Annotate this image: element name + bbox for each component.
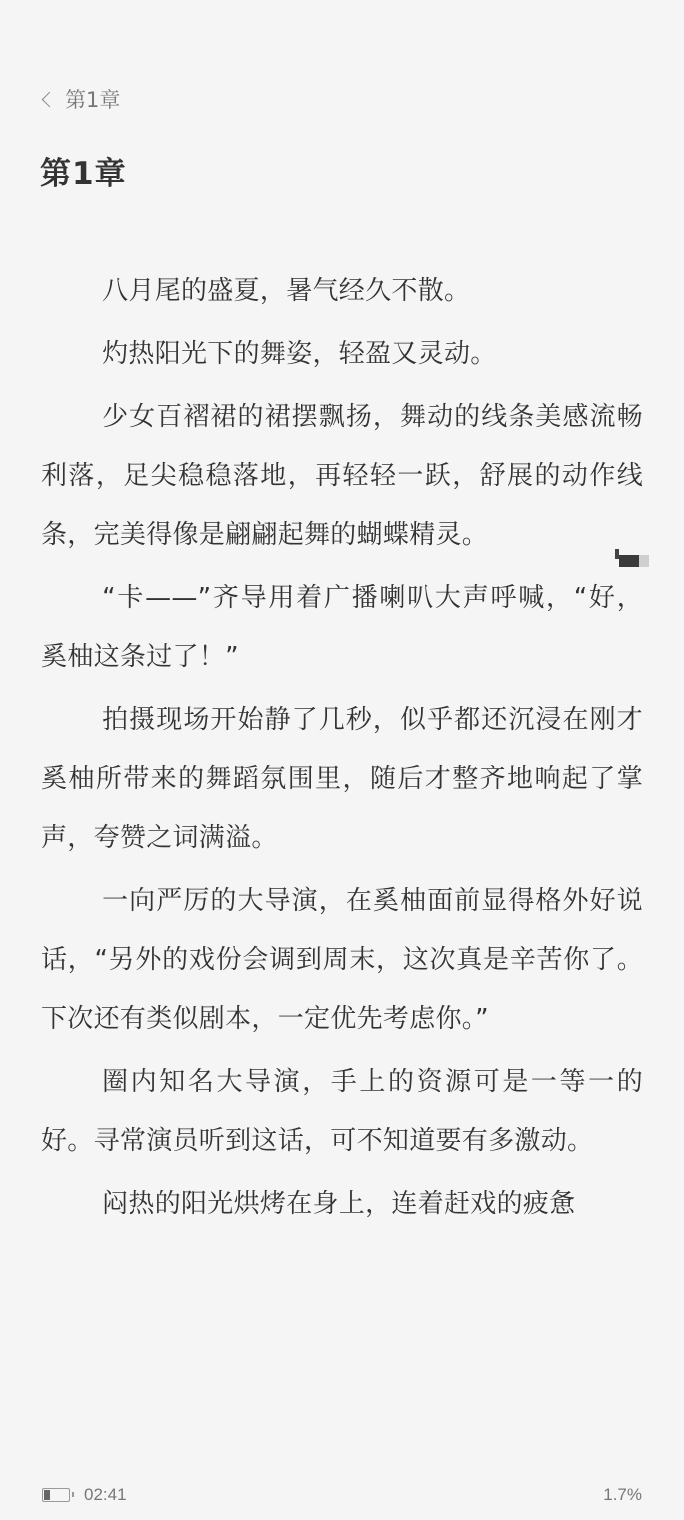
paragraph: 拍摄现场开始静了几秒，似乎都还沉浸在刚才奚柚所带来的舞蹈氛围里，随后才整齐地响起… (41, 691, 643, 868)
paragraph: 灼热阳光下的舞姿，轻盈又灵动。 (41, 325, 643, 384)
paragraph: 八月尾的盛夏，暑气经久不散。 (41, 262, 643, 321)
chevron-left-icon (42, 91, 58, 107)
reader-status-bar: 02:41 1.7% (42, 1482, 642, 1508)
back-label: 第1章 (65, 84, 120, 114)
paragraph: 圈内知名大导演，手上的资源可是一等一的好。寻常演员听到这话，可不知道要有多激动。 (41, 1053, 643, 1171)
battery-low-icon (42, 1488, 70, 1502)
chapter-title: 第1章 (40, 148, 127, 193)
paragraph: 少女百褶裙的裙摆飘扬，舞动的线条美感流畅利落，足尖稳稳落地，再轻轻一跃，舒展的动… (41, 388, 643, 565)
redaction-mark (615, 547, 651, 569)
reading-progress: 1.7% (603, 1485, 642, 1505)
back-button[interactable]: 第1章 (40, 84, 120, 114)
paragraph: 闷热的阳光烘烤在身上，连着赶戏的疲惫 (41, 1175, 643, 1234)
paragraph: “卡——”齐导用着广播喇叭大声呼喊，“好，奚柚这条过了！” (41, 569, 643, 687)
paragraph: 一向严厉的大导演，在奚柚面前显得格外好说话，“另外的戏份会调到周末，这次真是辛苦… (41, 872, 643, 1049)
clock-time: 02:41 (84, 1485, 127, 1505)
reading-content[interactable]: 八月尾的盛夏，暑气经久不散。 灼热阳光下的舞姿，轻盈又灵动。 少女百褶裙的裙摆飘… (41, 262, 643, 1238)
